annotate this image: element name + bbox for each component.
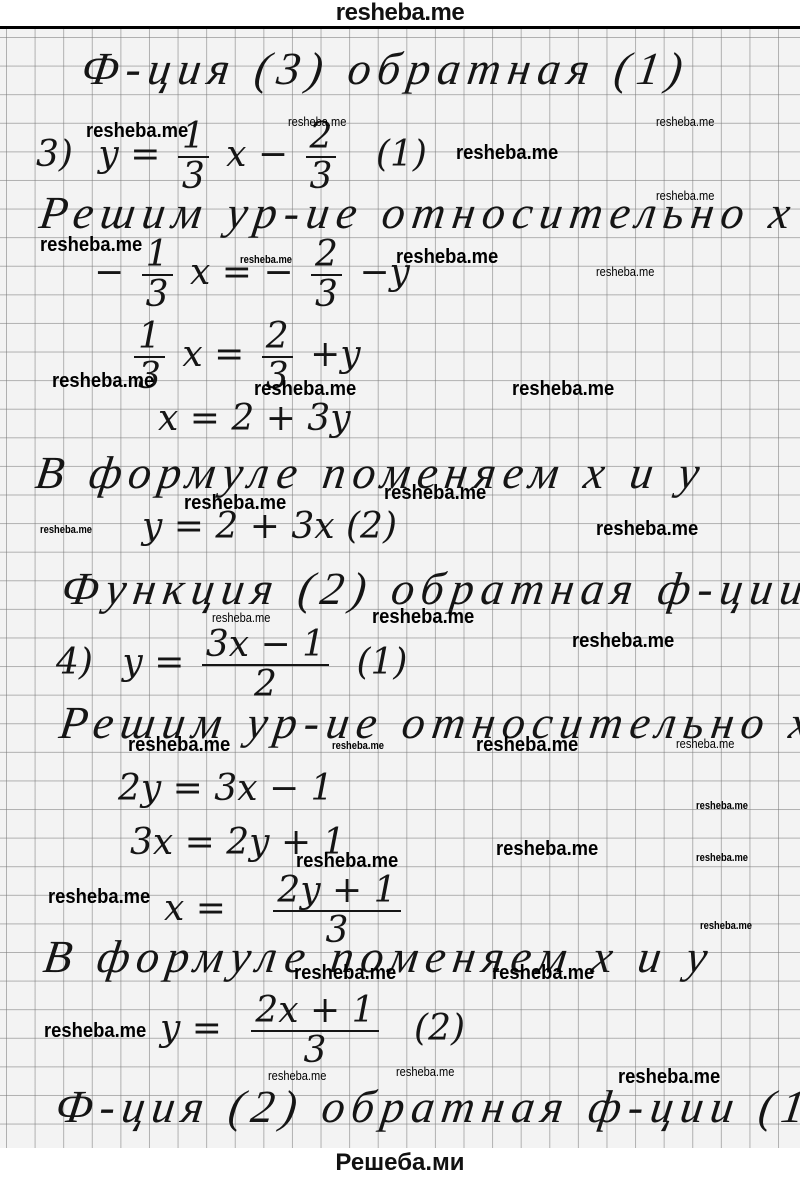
watermark: resheba.me: [44, 1020, 146, 1043]
site-footer: Решеба.ми: [0, 1148, 800, 1177]
watermark: resheba.me: [52, 370, 154, 393]
equation-tag: (1): [356, 642, 407, 683]
watermark: resheba.me: [496, 838, 598, 861]
watermark: resheba.me: [596, 264, 654, 279]
watermark: resheba.me: [48, 886, 150, 909]
eq-mid: x −: [226, 134, 288, 175]
watermark: resheba.me: [254, 378, 356, 401]
watermark: resheba.me: [396, 1064, 454, 1079]
eq-lhs: y =: [160, 1008, 222, 1049]
fraction: 13: [142, 236, 173, 314]
swap-xy-line-1: В формуле поменяем x и y: [32, 446, 710, 499]
problem-3-label: 3): [36, 134, 73, 175]
watermark: resheba.me: [492, 962, 594, 985]
equation-tag: (1): [376, 134, 427, 175]
equation-tag: (2): [414, 1008, 465, 1049]
inverse-function-4-eq: y = 2x + 13 (2): [160, 992, 465, 1070]
watermark: resheba.me: [396, 246, 498, 269]
watermark: resheba.me: [294, 962, 396, 985]
watermark: resheba.me: [512, 378, 614, 401]
step-3-equation: x = 2 + 3y: [158, 398, 351, 439]
fraction: 23: [311, 236, 342, 314]
eq-lhs: y =: [122, 642, 184, 683]
eq-end: +y: [310, 334, 361, 375]
watermark: resheba.me: [240, 254, 292, 266]
watermark: resheba.me: [384, 482, 486, 505]
watermark: resheba.me: [656, 188, 714, 203]
eq-mid: x =: [182, 334, 244, 375]
watermark: resheba.me: [596, 518, 698, 541]
watermark: resheba.me: [696, 852, 748, 864]
problem-4-equation: 4) y = 3x − 12 (1): [56, 626, 407, 704]
fraction: 23: [306, 118, 337, 196]
watermark: resheba.me: [296, 850, 398, 873]
watermark: resheba.me: [184, 492, 286, 515]
heading-function-3-inverse: Ф-ция (3) обратная (1): [78, 42, 693, 95]
watermark: resheba.me: [288, 114, 346, 129]
watermark: resheba.me: [332, 740, 384, 752]
watermark: resheba.me: [86, 120, 188, 143]
watermark: resheba.me: [268, 1068, 326, 1083]
fraction: 2x + 13: [251, 992, 378, 1070]
watermark: resheba.me: [618, 1066, 720, 1089]
watermark: resheba.me: [476, 734, 578, 757]
watermark: resheba.me: [128, 734, 230, 757]
watermark: resheba.me: [372, 606, 474, 629]
problem-4-label: 4): [56, 642, 93, 683]
step-4-equation: 2y = 3x − 1: [118, 768, 333, 809]
watermark: resheba.me: [456, 142, 558, 165]
site-header: resheba.me: [0, 0, 800, 26]
watermark: resheba.me: [212, 610, 270, 625]
watermark: resheba.me: [40, 524, 92, 536]
watermark: resheba.me: [656, 114, 714, 129]
watermark: resheba.me: [700, 920, 752, 932]
minus-sign: −: [94, 252, 124, 293]
watermark: resheba.me: [572, 630, 674, 653]
eq-lhs: x =: [164, 888, 226, 929]
fraction: 3x − 12: [202, 626, 329, 704]
watermark: resheba.me: [676, 736, 734, 751]
watermark: resheba.me: [696, 800, 748, 812]
watermark: resheba.me: [40, 234, 142, 257]
